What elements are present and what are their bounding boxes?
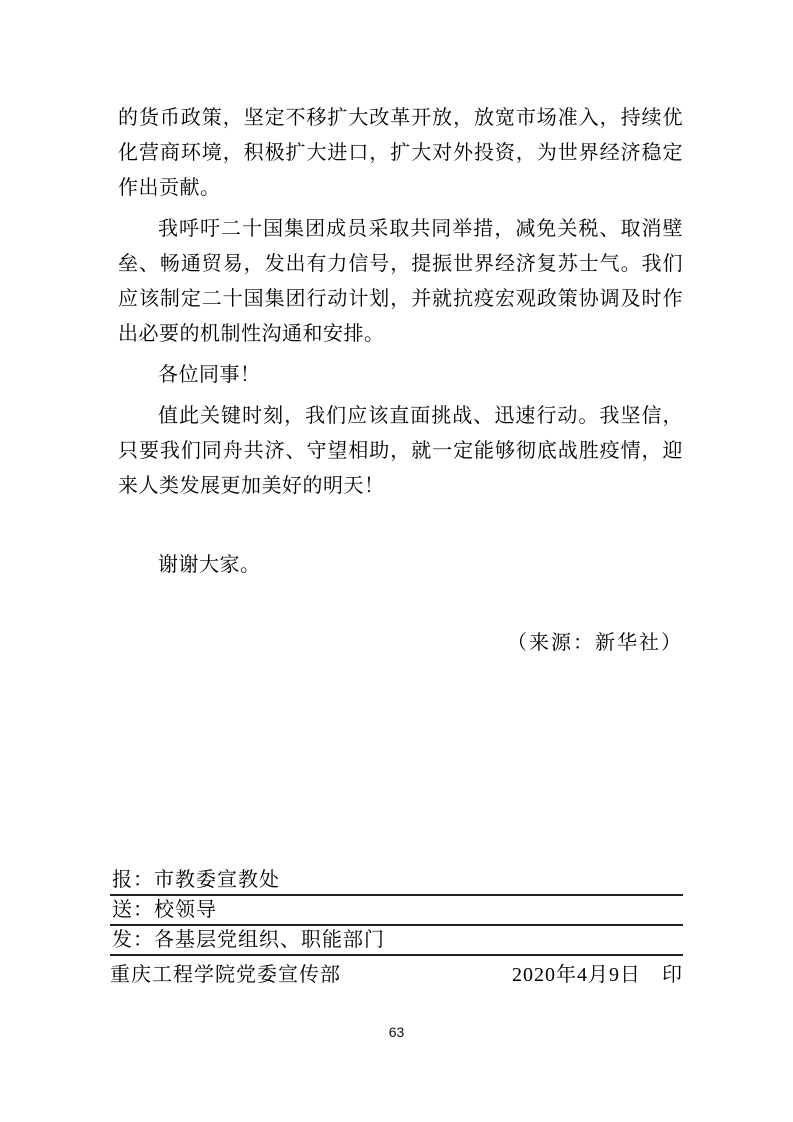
- distribution-report-line: 报：市教委宣教处: [110, 866, 683, 896]
- closing-thanks: 谢谢大家。: [118, 548, 683, 583]
- distribution-issue-line: 发：各基层党组织、职能部门: [110, 926, 683, 956]
- publisher-name: 重庆工程学院党委宣传部: [110, 962, 341, 988]
- page-number: 63: [0, 1024, 793, 1040]
- paragraph-appeal: 我呼吁二十国集团成员采取共同举措，减免关税、取消壁垒、畅通贸易，发出有力信号，提…: [118, 212, 683, 352]
- document-body: 的货币政策，坚定不移扩大改革开放，放宽市场准入，持续优化营商环境，积极扩大进口，…: [118, 101, 683, 667]
- distribution-send-line: 送：校领导: [110, 896, 683, 926]
- source-attribution: （来源：新华社）: [118, 626, 683, 661]
- imprint-row: 重庆工程学院党委宣传部 2020年4月9日 印: [110, 956, 683, 988]
- distribution-block: 报：市教委宣教处 送：校领导 发：各基层党组织、职能部门 重庆工程学院党委宣传部…: [110, 866, 683, 988]
- paragraph-continuation: 的货币政策，坚定不移扩大改革开放，放宽市场准入，持续优化营商环境，积极扩大进口，…: [118, 101, 683, 206]
- print-date: 2020年4月9日 印: [512, 962, 683, 988]
- paragraph-salutation: 各位同事！: [118, 358, 683, 393]
- document-page: 的货币政策，坚定不移扩大改革开放，放宽市场准入，持续优化营商环境，积极扩大进口，…: [0, 0, 793, 1122]
- paragraph-conclusion: 值此关键时刻，我们应该直面挑战、迅速行动。我坚信，只要我们同舟共济、守望相助，就…: [118, 399, 683, 504]
